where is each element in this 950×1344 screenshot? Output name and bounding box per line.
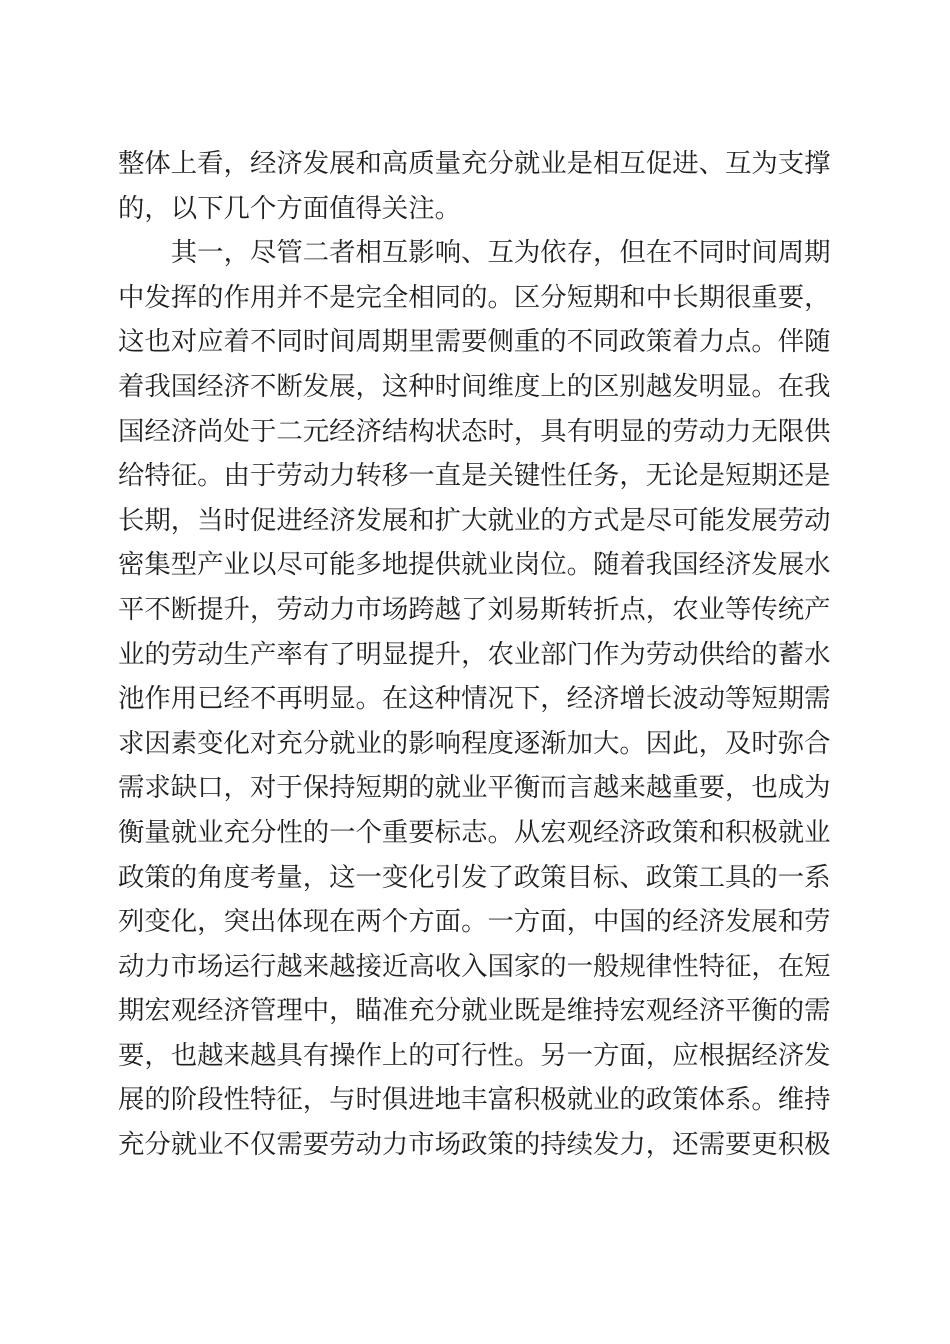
text-line: 这也对应着不同时间周期里需要侧重的不同政策着力点。伴随: [118, 319, 834, 364]
text-line: 衡量就业充分性的一个重要标志。从宏观经济政策和积极就业: [118, 810, 834, 855]
text-line: 长期，当时促进经济发展和扩大就业的方式是尽可能发展劳动: [118, 498, 834, 543]
document-text-block: 整体上看，经济发展和高质量充分就业是相互促进、互为支撑的，以下几个方面值得关注。…: [118, 141, 834, 1167]
text-line: 密集型产业以尽可能多地提供就业岗位。随着我国经济发展水: [118, 542, 834, 587]
text-line: 期宏观经济管理中，瞄准充分就业既是维持宏观经济平衡的需: [118, 988, 834, 1033]
text-line: 求因素变化对充分就业的影响程度逐渐加大。因此，及时弥合: [118, 721, 834, 766]
text-line: 动力市场运行越来越接近高收入国家的一般规律性特征，在短: [118, 944, 834, 989]
text-line: 政策的角度考量，这一变化引发了政策目标、政策工具的一系: [118, 855, 834, 900]
paragraph: 整体上看，经济发展和高质量充分就业是相互促进、互为支撑的，以下几个方面值得关注。: [118, 141, 834, 230]
text-line: 平不断提升，劳动力市场跨越了刘易斯转折点，农业等传统产: [118, 587, 834, 632]
text-line: 给特征。由于劳动力转移一直是关键性任务，无论是短期还是: [118, 453, 834, 498]
text-line: 其一，尽管二者相互影响、互为依存，但在不同时间周期: [118, 230, 834, 275]
text-line: 充分就业不仅需要劳动力市场政策的持续发力，还需要更积极: [118, 1122, 834, 1167]
document-page: 整体上看，经济发展和高质量充分就业是相互促进、互为支撑的，以下几个方面值得关注。…: [0, 0, 950, 1344]
text-line: 着我国经济不断发展，这种时间维度上的区别越发明显。在我: [118, 364, 834, 409]
text-line: 整体上看，经济发展和高质量充分就业是相互促进、互为支撑: [118, 141, 834, 186]
text-line: 的，以下几个方面值得关注。: [118, 186, 834, 231]
paragraph: 其一，尽管二者相互影响、互为依存，但在不同时间周期中发挥的作用并不是完全相同的。…: [118, 230, 834, 1166]
text-line: 中发挥的作用并不是完全相同的。区分短期和中长期很重要，: [118, 275, 834, 320]
text-line: 业的劳动生产率有了明显提升，农业部门作为劳动供给的蓄水: [118, 632, 834, 677]
text-line: 国经济尚处于二元经济结构状态时，具有明显的劳动力无限供: [118, 409, 834, 454]
text-line: 需求缺口，对于保持短期的就业平衡而言越来越重要，也成为: [118, 765, 834, 810]
text-line: 池作用已经不再明显。在这种情况下，经济增长波动等短期需: [118, 676, 834, 721]
text-line: 列变化，突出体现在两个方面。一方面，中国的经济发展和劳: [118, 899, 834, 944]
text-line: 展的阶段性特征，与时俱进地丰富积极就业的政策体系。维持: [118, 1077, 834, 1122]
text-line: 要，也越来越具有操作上的可行性。另一方面，应根据经济发: [118, 1033, 834, 1078]
